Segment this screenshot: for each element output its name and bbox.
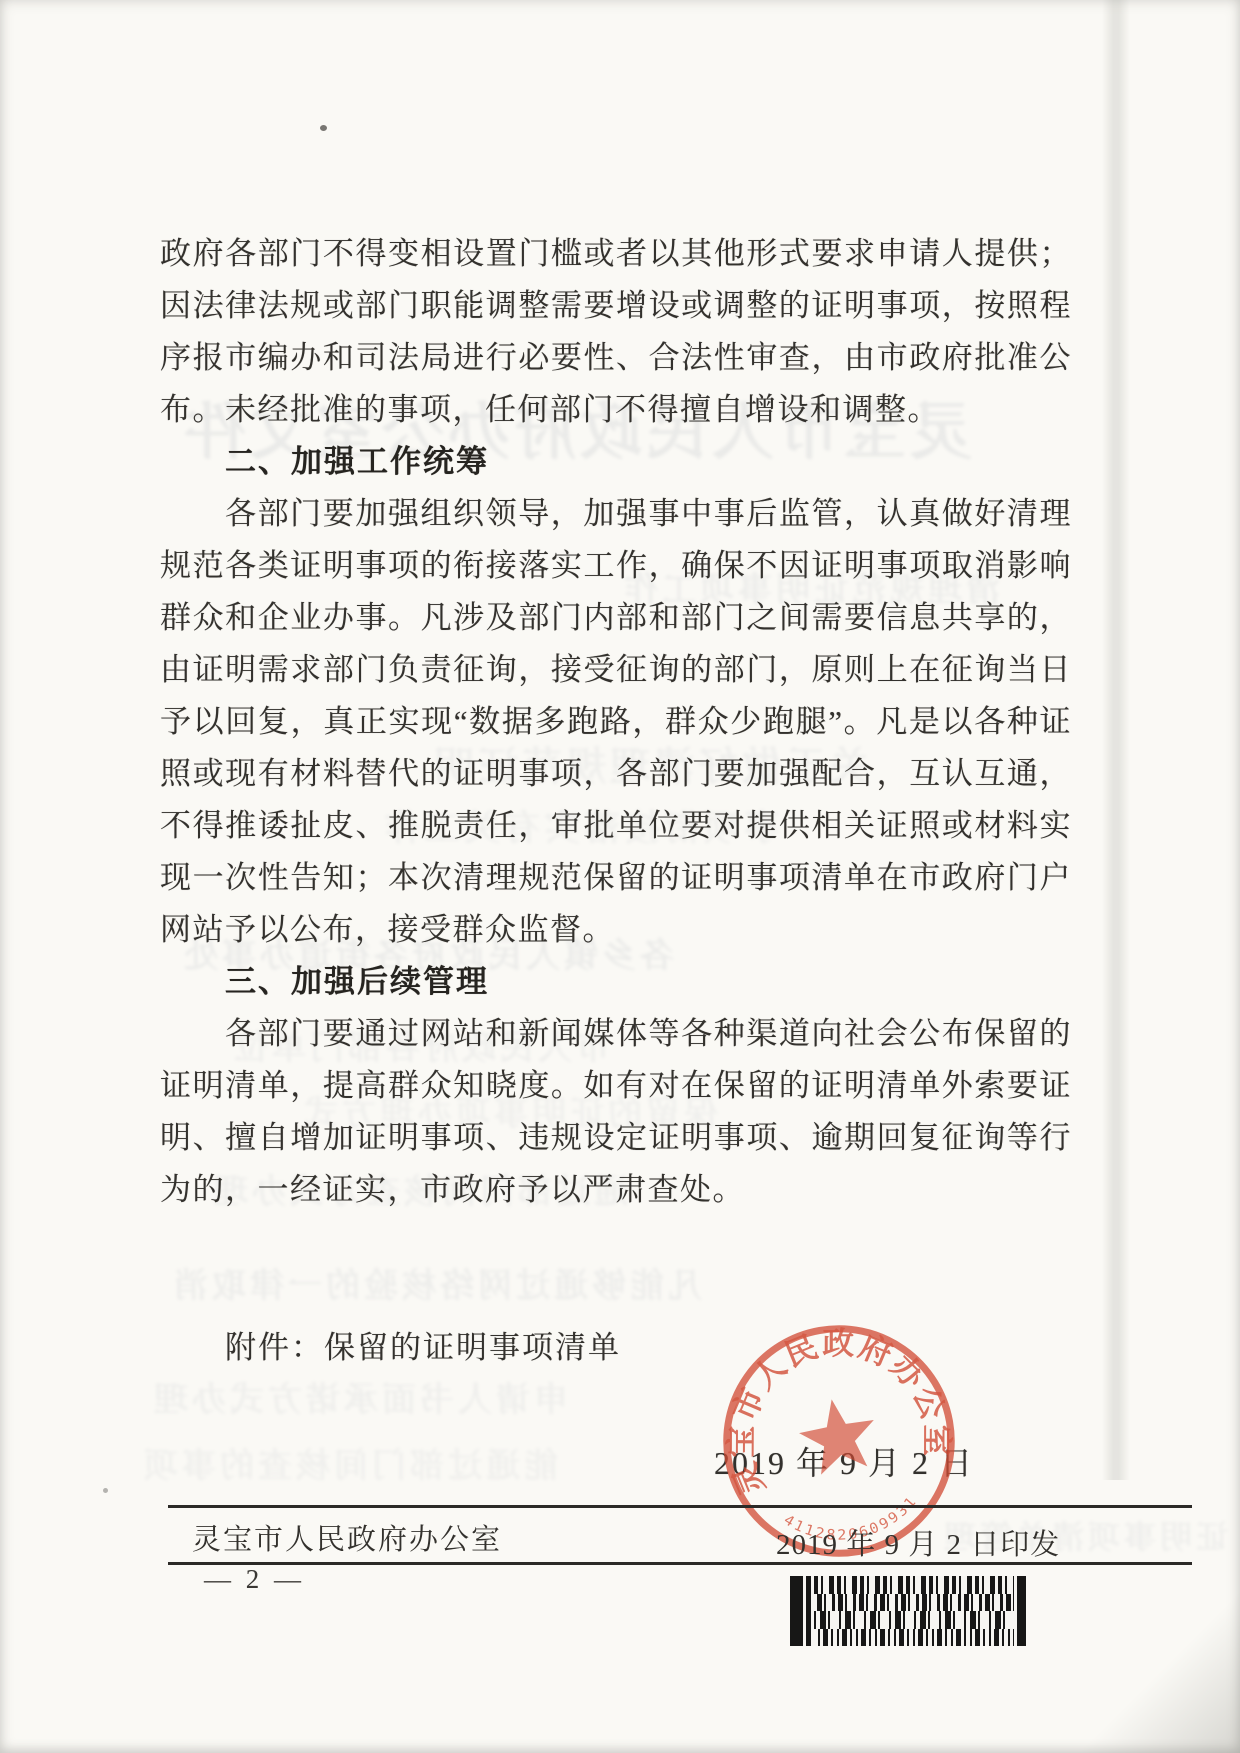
document-body: 政府各部门不得变相设置门槛或者以其他形式要求申请人提供； 因法律法规或部门职能调… <box>160 228 1072 1216</box>
barcode-row <box>814 1629 1014 1647</box>
body-line: 规范各类证明事项的衔接落实工作，确保不因证明事项取消影响 <box>160 540 1072 592</box>
barcode-stop-bar <box>1017 1576 1026 1646</box>
body-line: 布。未经批准的事项，任何部门不得擅自增设和调整。 <box>160 384 1072 436</box>
ink-speck <box>103 1488 108 1493</box>
barcode-row <box>814 1611 1014 1629</box>
footer-issuing-office: 灵宝市人民政府办公室 <box>192 1517 502 1558</box>
body-line: 因法律法规或部门职能调整需要增设或调整的证明事项，按照程 <box>160 280 1072 332</box>
page-corner-shadow <box>1040 1593 1240 1753</box>
barcode-row <box>814 1594 1014 1612</box>
body-line: 由证明需求部门负责征询，接受征询的部门，原则上在征询当日 <box>160 644 1072 696</box>
footer-rule-top <box>168 1505 1192 1508</box>
body-line: 明、擅自增加证明事项、违规设定证明事项、逾期回复征询等行 <box>160 1112 1072 1164</box>
bleedthrough-text: 凡能够通过网络核验的一律取消 <box>170 1258 702 1307</box>
body-line: 群众和企业办事。凡涉及部门内部和部门之间需要信息共享的， <box>160 592 1072 644</box>
body-line: 照或现有材料替代的证明事项，各部门要加强配合，互认互通， <box>160 748 1072 800</box>
scan-shadow-band <box>1102 0 1130 1480</box>
section-heading-3: 三、加强后续管理 <box>160 956 1072 1008</box>
bleedthrough-text: 能通过部门间核查的事项 <box>140 1438 558 1487</box>
barcode-bar <box>806 1576 811 1646</box>
page-number: — 2 — <box>204 1564 305 1595</box>
footer-rule-bottom <box>168 1562 1192 1565</box>
bleedthrough-text: 申请人书面承诺方式办理 <box>150 1372 568 1421</box>
body-line: 予以回复，真正实现“数据多跑路，群众少跑腿”。凡是以各种证 <box>160 696 1072 748</box>
body-line: 政府各部门不得变相设置门槛或者以其他形式要求申请人提供； <box>160 228 1072 280</box>
scanned-document-page: 灵宝市人民政府办公室文件 清理规范证明事项工作 关于做好清理规范证明 事项衔接落… <box>0 0 1240 1753</box>
seal-star-icon <box>794 1393 881 1477</box>
section-heading-2: 二、加强工作统筹 <box>160 436 1072 488</box>
barcode-start-bar <box>790 1576 803 1646</box>
body-line: 现一次性告知；本次清理规范保留的证明事项清单在市政府门户 <box>160 852 1072 904</box>
footer-print-date: 2019 年 9 月 2 日印发 <box>776 1522 1060 1563</box>
body-line: 网站予以公布，接受群众监督。 <box>160 904 1072 956</box>
body-line: 证明清单，提高群众知晓度。如有对在保留的证明清单外索要证 <box>160 1060 1072 1112</box>
body-line: 各部门要加强组织领导，加强事中事后监管，认真做好清理 <box>160 488 1072 540</box>
document-barcode <box>790 1576 1026 1646</box>
barcode-data-region <box>814 1576 1014 1646</box>
body-line: 各部门要通过网站和新闻媒体等各种渠道向社会公布保留的 <box>160 1008 1072 1060</box>
body-line: 不得推诿扯皮、推脱责任，审批单位要对提供相关证照或材料实 <box>160 800 1072 852</box>
ink-speck <box>320 125 327 131</box>
body-line: 为的，一经证实，市政府予以严肃查处。 <box>160 1164 1072 1216</box>
body-line: 序报市编办和司法局进行必要性、合法性审查，由市政府批准公 <box>160 332 1072 384</box>
barcode-row <box>814 1576 1014 1594</box>
